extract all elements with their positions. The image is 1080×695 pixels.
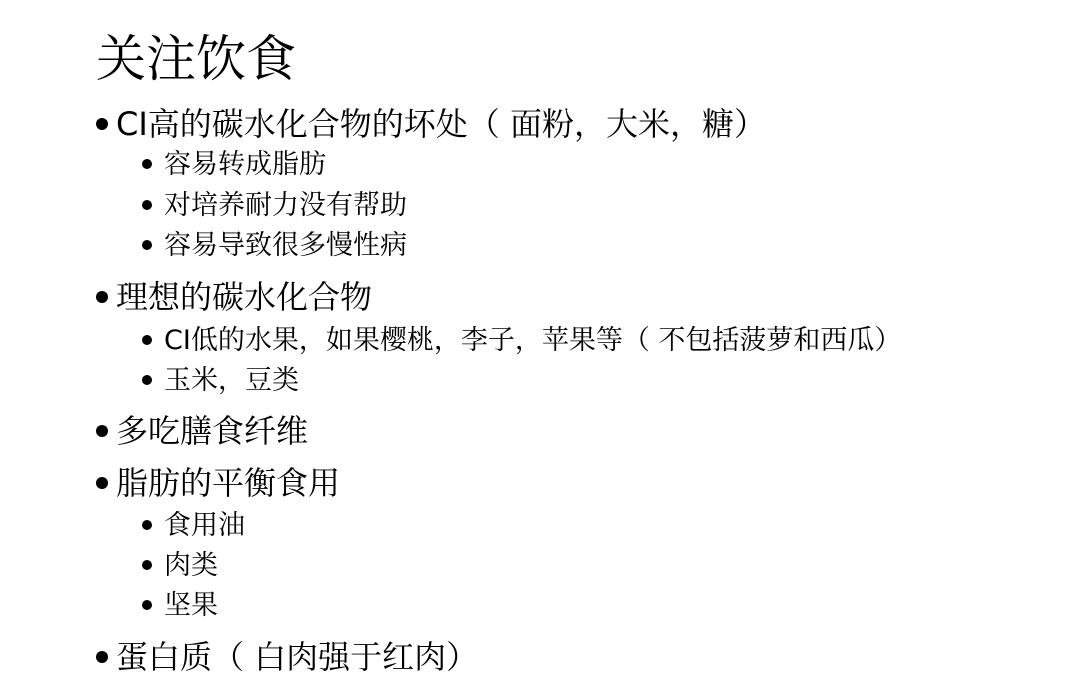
bullet-text: 理想的碳水化合物 xyxy=(116,278,372,316)
sub-bullet-item: 坚果 xyxy=(142,588,218,624)
sub-bullet-text: 容易导致很多慢性病 xyxy=(164,230,407,261)
sub-bullet-text: 坚果 xyxy=(164,590,218,621)
sub-bullet-text: 肉类 xyxy=(164,550,218,581)
bullet-item: 蛋白质（ 白肉强于红肉） xyxy=(96,637,478,677)
sub-bullet-item: 对培养耐力没有帮助 xyxy=(142,188,407,224)
bullet-dot-icon xyxy=(142,520,152,530)
bullet-text: 蛋白质（ 白肉强于红肉） xyxy=(116,638,478,676)
sub-bullet-text: CI低的水果，如果樱桃，李子，苹果等（ 不包括菠萝和西瓜） xyxy=(164,325,901,356)
slide-title: 关注饮食 xyxy=(96,26,296,92)
bullet-item: 脂肪的平衡食用 xyxy=(96,463,340,503)
bullet-text: 脂肪的平衡食用 xyxy=(116,464,340,502)
bullet-dot-icon xyxy=(96,651,108,663)
sub-bullet-item: 肉类 xyxy=(142,548,218,584)
sub-bullet-text: 对培养耐力没有帮助 xyxy=(164,190,407,221)
sub-bullet-item: CI低的水果，如果樱桃，李子，苹果等（ 不包括菠萝和西瓜） xyxy=(142,323,901,359)
bullet-dot-icon xyxy=(142,375,152,385)
sub-bullet-item: 容易转成脂肪 xyxy=(142,147,326,183)
bullet-dot-icon xyxy=(142,560,152,570)
sub-bullet-item: 食用油 xyxy=(142,508,245,544)
sub-bullet-item: 容易导致很多慢性病 xyxy=(142,228,407,264)
bullet-dot-icon xyxy=(96,118,108,130)
bullet-dot-icon xyxy=(142,200,152,210)
bullet-dot-icon xyxy=(142,335,152,345)
sub-bullet-text: 玉米，豆类 xyxy=(164,365,299,396)
bullet-text: CI高的碳水化合物的坏处（ 面粉，大米，糖） xyxy=(116,105,766,143)
bullet-dot-icon xyxy=(96,291,108,303)
bullet-dot-icon xyxy=(142,240,152,250)
bullet-dot-icon xyxy=(142,159,152,169)
sub-bullet-text: 食用油 xyxy=(164,510,245,541)
bullet-dot-icon xyxy=(96,425,108,437)
bullet-item: 理想的碳水化合物 xyxy=(96,277,372,317)
bullet-item: CI高的碳水化合物的坏处（ 面粉，大米，糖） xyxy=(96,104,766,144)
bullet-dot-icon xyxy=(96,477,108,489)
bullet-text: 多吃膳食纤维 xyxy=(116,412,308,450)
sub-bullet-item: 玉米，豆类 xyxy=(142,363,299,399)
bullet-dot-icon xyxy=(142,600,152,610)
bullet-item: 多吃膳食纤维 xyxy=(96,411,308,451)
sub-bullet-text: 容易转成脂肪 xyxy=(164,149,326,180)
